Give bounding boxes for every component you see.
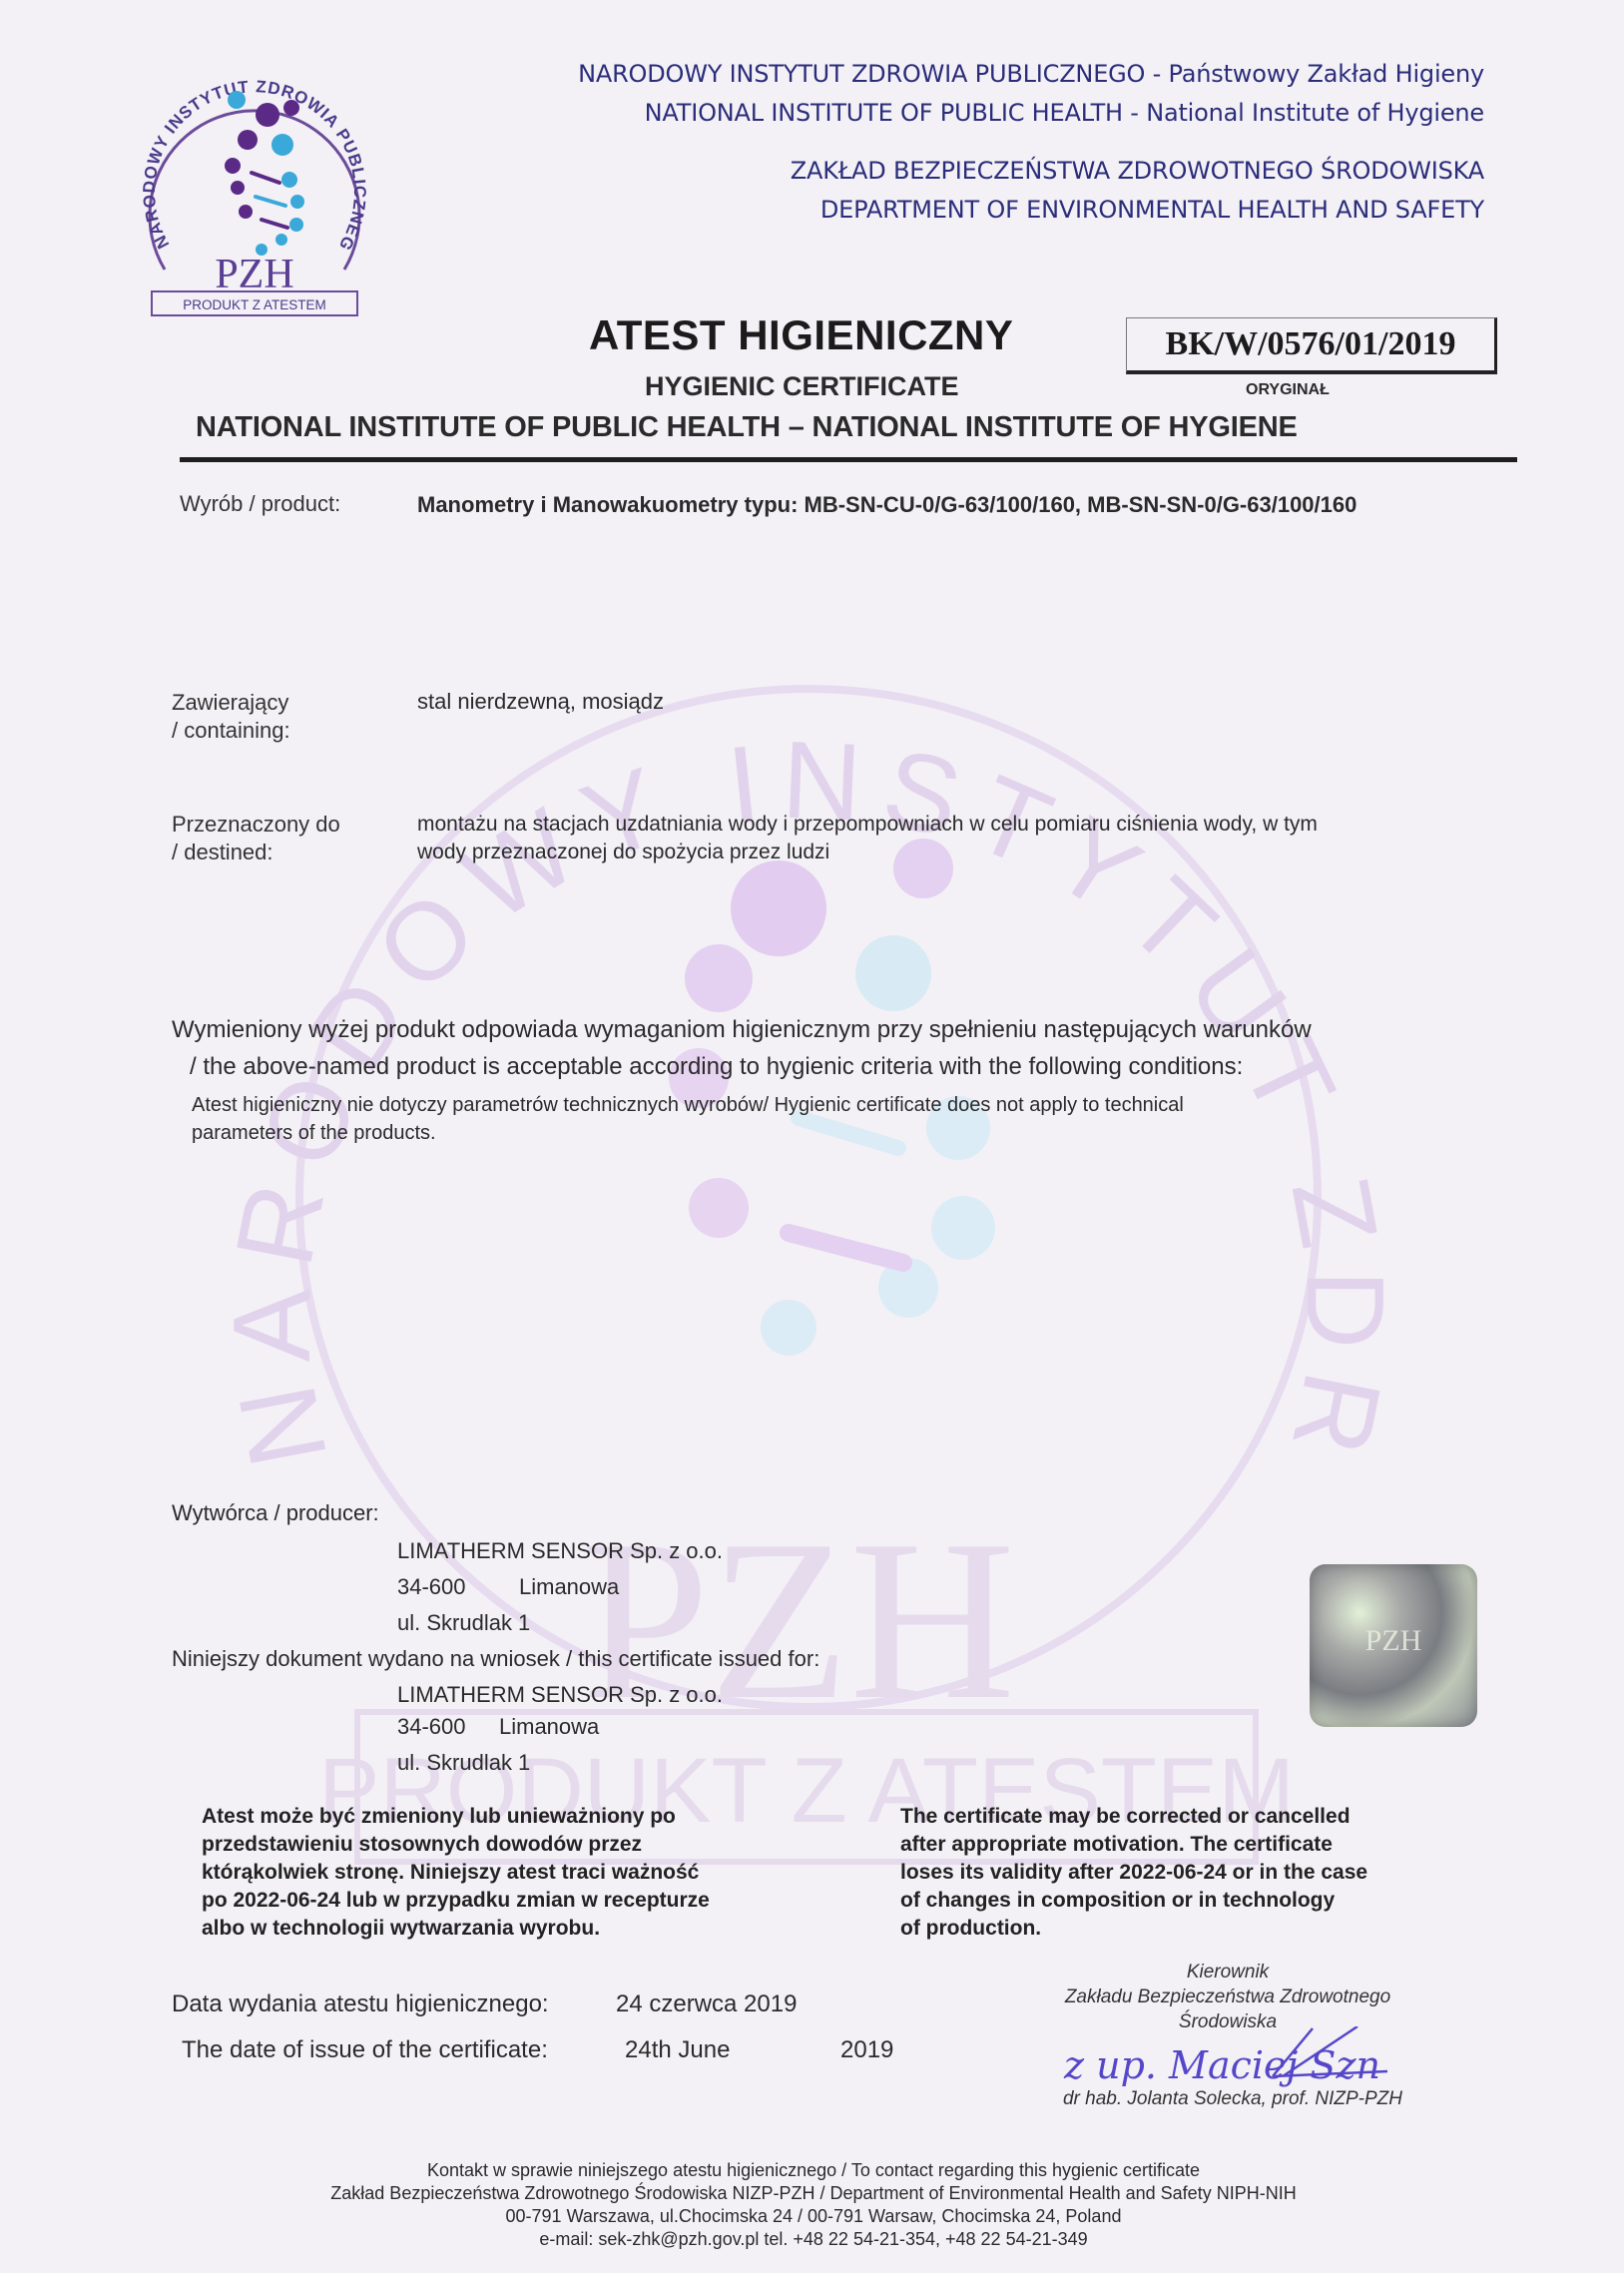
conditions-note: Atest higieniczny nie dotyczy parametrów…	[192, 1091, 1184, 1147]
product-label: Wyrób / product:	[180, 491, 340, 517]
document-title: ATEST HIGIENICZNY	[589, 311, 1013, 359]
institute-name-pl: NARODOWY INSTYTUT ZDROWIA PUBLICZNEGO - …	[578, 60, 1484, 88]
destined-value: montażu na stacjach uzdatniania wody i p…	[417, 811, 1318, 866]
validity-notice-pl: Atest może być zmieniony lub unieważnion…	[202, 1803, 820, 1943]
issue-date-label-en: The date of issue of the certificate:	[182, 2036, 548, 2064]
issued-for-street: ul. Skrudlak 1	[397, 1749, 530, 1777]
producer-name: LIMATHERM SENSOR Sp. z o.o.	[397, 1537, 723, 1565]
destined-label: Przeznaczony do / destined:	[172, 811, 340, 866]
issue-date-value-en: 24th June	[625, 2036, 730, 2064]
issued-for-name: LIMATHERM SENSOR Sp. z o.o.	[397, 1681, 723, 1709]
validity-notice-en: The certificate may be corrected or canc…	[900, 1803, 1499, 1943]
signatory-title: Kierownik Zakładu Bezpieczeństwa Zdrowot…	[1008, 1960, 1447, 2034]
certificate-number: BK/W/0576/01/2019	[1126, 317, 1497, 374]
svg-text:z up. Maciej Szn: z up. Maciej Szn	[1063, 2043, 1380, 2087]
department-name-pl: ZAKŁAD BEZPIECZEŃSTWA ZDROWOTNEGO ŚRODOW…	[791, 157, 1484, 185]
producer-city: Limanowa	[519, 1573, 619, 1601]
svg-text:PRODUKT Z ATESTEM: PRODUKT Z ATESTEM	[183, 297, 326, 312]
containing-value: stal nierdzewną, mosiądz	[417, 689, 664, 715]
issued-for-city: Limanowa	[499, 1713, 599, 1741]
producer-label: Wytwórca / producer:	[172, 1499, 379, 1527]
producer-street: ul. Skrudlak 1	[397, 1609, 530, 1637]
issued-for-label: Niniejszy dokument wydano na wniosek / t…	[172, 1645, 819, 1673]
document-subtitle: HYGIENIC CERTIFICATE	[645, 371, 959, 402]
header-divider	[180, 457, 1517, 462]
department-name-en: DEPARTMENT OF ENVIRONMENTAL HEALTH AND S…	[820, 196, 1484, 224]
containing-label: Zawierający / containing:	[172, 689, 290, 745]
issue-date-value-pl: 24 czerwca 2019	[616, 1990, 797, 2018]
producer-postal-code: 34-600	[397, 1573, 466, 1601]
pzh-logo: NARODOWY INSTYTUT ZDROWIA PUBLICZNEGO PZ…	[140, 40, 369, 319]
signatory-name: dr hab. Jolanta Solecka, prof. NIZP-PZH	[1023, 2088, 1442, 2110]
conditions-statement-pl: Wymieniony wyżej produkt odpowiada wymag…	[172, 1016, 1312, 1044]
product-value: Manometry i Manowakuometry typu: MB-SN-C…	[417, 491, 1515, 519]
original-label: ORYGINAŁ	[1246, 381, 1330, 399]
issue-date-year-en: 2019	[840, 2036, 893, 2064]
hologram-seal: PZH	[1310, 1564, 1477, 1727]
institute-banner: NATIONAL INSTITUTE OF PUBLIC HEALTH – NA…	[196, 411, 1298, 444]
contact-footer: Kontakt w sprawie niniejszego atestu hig…	[180, 2159, 1447, 2251]
institute-name-en: NATIONAL INSTITUTE OF PUBLIC HEALTH - Na…	[645, 99, 1484, 127]
conditions-statement-en: / the above-named product is acceptable …	[190, 1053, 1243, 1081]
issue-date-label-pl: Data wydania atestu higienicznego:	[172, 1990, 549, 2018]
issued-for-postal-code: 34-600	[397, 1713, 466, 1741]
